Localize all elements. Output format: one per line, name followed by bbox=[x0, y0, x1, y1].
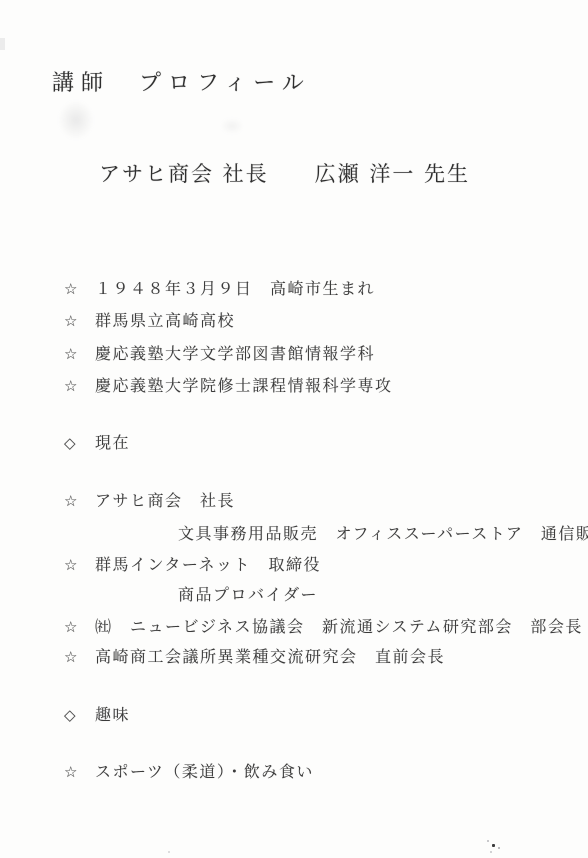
section-heading-current: ◇ 現在 bbox=[64, 430, 130, 453]
current-item-text: 高崎商工会議所異業種交流研究会 直前会長 bbox=[95, 644, 445, 667]
bio-item: ☆ 慶応義塾大学文学部図書館情報学科 bbox=[64, 341, 375, 364]
scan-ink-speck bbox=[498, 847, 500, 849]
current-item: ☆ ㈳ ニュービジネス協議会 新流通システム研究部会 部会長 bbox=[64, 614, 583, 637]
star-bullet-icon: ☆ bbox=[64, 312, 82, 330]
current-item: ☆ 群馬インターネット 取締役 bbox=[64, 552, 321, 575]
star-bullet-icon: ☆ bbox=[64, 492, 82, 510]
star-bullet-icon: ☆ bbox=[64, 556, 82, 574]
scan-ink-speck bbox=[492, 844, 495, 847]
current-item-detail: 文具事務用品販売 オフィススーパーストア 通信販売 bbox=[178, 521, 588, 544]
star-bullet-icon: ☆ bbox=[64, 763, 82, 781]
section-heading-text: 趣味 bbox=[95, 702, 130, 725]
current-item: ☆ 高崎商工会議所異業種交流研究会 直前会長 bbox=[64, 644, 445, 667]
bio-item: ☆ 慶応義塾大学院修士課程情報科学専攻 bbox=[64, 373, 393, 396]
bio-item-text: 慶応義塾大学院修士課程情報科学専攻 bbox=[95, 373, 393, 396]
current-item-text: アサヒ商会 社長 bbox=[95, 488, 235, 511]
diamond-bullet-icon: ◇ bbox=[64, 434, 82, 452]
scanned-profile-document: 講師 プロフィール アサヒ商会 社長 広瀬 洋一 先生 ☆ １９４８年３月９日 … bbox=[0, 0, 588, 858]
current-item-text: 群馬インターネット 取締役 bbox=[95, 552, 321, 575]
diamond-bullet-icon: ◇ bbox=[64, 706, 82, 724]
current-item-detail: 商品プロバイダー bbox=[178, 582, 318, 605]
scan-ink-speck bbox=[168, 851, 170, 853]
star-bullet-icon: ☆ bbox=[64, 648, 82, 666]
star-bullet-icon: ☆ bbox=[64, 345, 82, 363]
hobby-item-text: スポーツ（柔道）・飲み食い bbox=[95, 759, 314, 782]
bio-item: ☆ 群馬県立高崎高校 bbox=[64, 308, 235, 331]
bio-item-text: 群馬県立高崎高校 bbox=[95, 308, 235, 331]
bio-item: ☆ １９４８年３月９日 高崎市生まれ bbox=[64, 276, 375, 299]
scan-ink-speck bbox=[490, 851, 492, 853]
star-bullet-icon: ☆ bbox=[64, 377, 82, 395]
star-bullet-icon: ☆ bbox=[64, 618, 82, 636]
bio-item-text: 慶応義塾大学文学部図書館情報学科 bbox=[95, 341, 375, 364]
scan-bleedthrough-smudge bbox=[58, 100, 94, 140]
section-heading-text: 現在 bbox=[95, 430, 130, 453]
current-item: ☆ アサヒ商会 社長 bbox=[64, 488, 235, 511]
scan-edge-artifact bbox=[0, 38, 5, 50]
current-item-text: ㈳ ニュービジネス協議会 新流通システム研究部会 部会長 bbox=[95, 614, 583, 637]
scan-bleedthrough-smudge bbox=[220, 118, 244, 134]
scan-ink-speck bbox=[487, 840, 489, 842]
bio-item-text: １９４８年３月９日 高崎市生まれ bbox=[95, 276, 375, 299]
hobby-item: ☆ スポーツ（柔道）・飲み食い bbox=[64, 759, 314, 782]
page-title: 講師 プロフィール bbox=[52, 66, 311, 97]
star-bullet-icon: ☆ bbox=[64, 280, 82, 298]
section-heading-hobby: ◇ 趣味 bbox=[64, 702, 130, 725]
lecturer-name-line: アサヒ商会 社長 広瀬 洋一 先生 bbox=[99, 158, 470, 188]
